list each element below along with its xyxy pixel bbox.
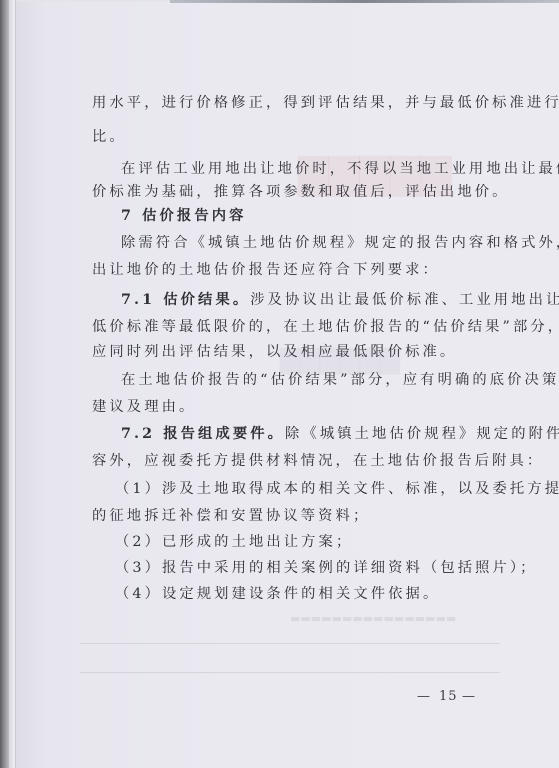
page-number: 15 <box>439 689 458 704</box>
scan-top-edge <box>170 0 559 3</box>
body-line: 价标准为基础，推算各项参数和取值后，评估出地价。 <box>92 185 510 199</box>
body-line: 在评估工业用地出让地价时，不得以当地工业用地出让最低 <box>121 162 559 176</box>
body-line: 出让地价的土地估价报告还应符合下列要求： <box>92 263 440 277</box>
body-line: 除需符合《城镇土地估价规程》规定的报告内容和格式外， <box>121 236 559 250</box>
body-line: 比。 <box>92 130 127 144</box>
bleed-through-rule <box>80 643 500 644</box>
page-dash-right: — <box>462 689 476 704</box>
body-line: 低价标准等最低限价的，在土地估价报告的“估价结果”部分， <box>92 320 559 334</box>
book-binding-edge <box>0 0 9 768</box>
list-item: （3）报告中采用的相关案例的详细资料（包括照片）； <box>115 561 538 575</box>
page-edge <box>9 0 16 768</box>
bleed-through-rule <box>80 672 500 673</box>
section-heading: 7 估价报告内容 <box>121 209 247 223</box>
body-line: 在土地估价报告的“估价结果”部分，应有明确的底价决策 <box>121 373 559 387</box>
section-7-2: 7.2 报告组成要件。除《城镇土地估价规程》规定的附件内 <box>121 427 559 441</box>
list-item: （1）涉及土地取得成本的相关文件、标准，以及委托方提供 <box>115 482 559 496</box>
body-line: 容外，应视委托方提供材料情况，在土地估价报告后附具： <box>92 454 544 468</box>
body-line: 用水平，进行价格修正，得到评估结果，并与最低价标准进行对 <box>92 96 559 110</box>
section-label: 7.1 估价结果。 <box>121 292 250 308</box>
body-line: 应同时列出评估结果，以及相应最低限价标准。 <box>92 345 457 359</box>
body-text: 除《城镇土地估价规程》规定的附件内 <box>285 426 559 442</box>
body-line: 建议及理由。 <box>92 400 196 414</box>
page-dash-left: — <box>417 689 431 704</box>
list-item: （4）设定规划建设条件的相关文件依据。 <box>115 587 440 601</box>
list-item: （2）已形成的土地出让方案； <box>115 535 353 549</box>
section-label: 7.2 报告组成要件。 <box>121 426 285 442</box>
bleed-through-text: ▬▬▬▬▬▬▬▬▬▬▬▬▬▬▬▬ <box>290 612 456 625</box>
section-7-1: 7.1 估价结果。涉及协议出让最低价标准、工业用地出让最 <box>121 293 559 307</box>
list-item-continuation: 的征地拆迁补偿和安置协议等资料； <box>92 509 370 523</box>
body-text: 涉及协议出让最低价标准、工业用地出让最 <box>250 292 559 308</box>
